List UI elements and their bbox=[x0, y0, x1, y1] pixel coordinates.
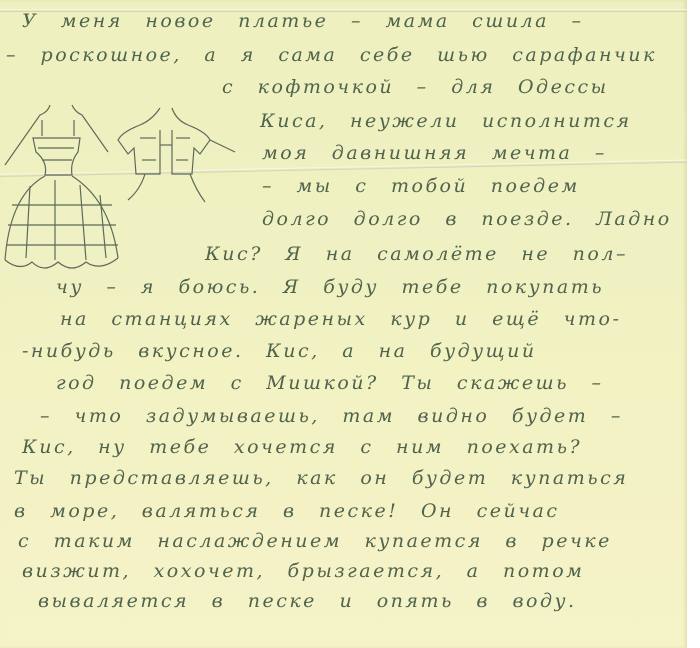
letter-line: моя давнишняя мечта – bbox=[262, 142, 607, 164]
letter-line: – что задумываешь, там видно будет – bbox=[40, 405, 623, 427]
letter-line: У меня новое платье – мама сшила – bbox=[22, 10, 584, 32]
letter-line: с таким наслаждением купается в речке bbox=[18, 530, 612, 552]
letter-line: – роскошное, а я сама себе шью сарафанчи… bbox=[6, 44, 657, 66]
letter-line: долго долго в поезде. Ладно bbox=[262, 208, 672, 230]
letter-line: в море, валяться в песке! Он сейчас bbox=[14, 500, 560, 522]
letter-line: на станциях жареных кур и ещё что- bbox=[60, 308, 621, 330]
letter-line: Кис, ну тебе хочется с ним поехать? bbox=[22, 436, 582, 458]
letter-line: визжит, хохочет, брызгается, а потом bbox=[22, 560, 584, 582]
letter-line: -нибудь вкусное. Кис, а на будущий bbox=[22, 340, 537, 362]
letter-line: с кофточкой – для Одессы bbox=[222, 76, 609, 98]
letter-line: Кис? Я на самолёте не пол– bbox=[205, 243, 628, 265]
letter-line: – мы с тобой поедем bbox=[262, 175, 580, 197]
letter-line: вываляется в песке и опять в воду. bbox=[38, 590, 577, 612]
letter-line: Киса, неужели исполнится bbox=[260, 110, 632, 132]
letter-line: год поедем с Мишкой? Ты скажешь – bbox=[56, 372, 603, 394]
letter-line: Ты представляешь, как он будет купаться bbox=[14, 467, 628, 489]
letter-paper: У меня новое платье – мама сшила – – рос… bbox=[0, 0, 687, 648]
letter-line: чу – я боюсь. Я буду тебе покупать bbox=[56, 276, 604, 298]
